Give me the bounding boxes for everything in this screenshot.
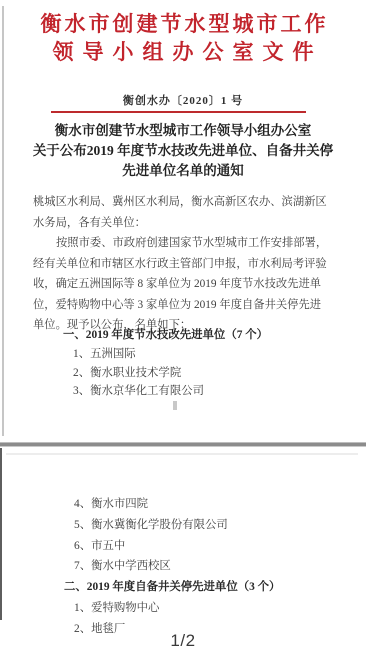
- document-page-2: 4、衡水市四院 5、衡水冀衡化学股份有限公司 6、市五中 7、衡水中学西校区 二…: [0, 448, 366, 624]
- list-item: 7、衡水中学西校区: [64, 556, 354, 577]
- page-indicator: 1/2: [0, 631, 366, 651]
- list-item: 6、市五中: [64, 536, 354, 557]
- list-item: 4、衡水市四院: [64, 494, 354, 515]
- red-header-line-1: 衡水市创建节水型城市工作: [0, 8, 366, 38]
- document-viewer: 衡水市创建节水型城市工作 领导小组办公室文件 衡创水办〔2020〕1 号 衡水市…: [0, 0, 366, 655]
- body-line: 水务局，各有关单位：: [33, 213, 340, 234]
- document-title: 衡水市创建节水型城市工作领导小组办公室 关于公布2019 年度节水技改先进单位、…: [0, 121, 366, 181]
- list-item: 5、衡水冀衡化学股份有限公司: [64, 515, 354, 536]
- page-gap-separator: [0, 442, 366, 447]
- body-line: 收，确定五洲国际等 8 家单位为 2019 年度节水技改先进单: [33, 274, 340, 295]
- red-header-line-2: 领导小组办公室文件: [0, 36, 366, 66]
- title-line-1: 衡水市创建节水型城市工作领导小组办公室: [0, 121, 366, 141]
- page-2-left-edge: [0, 448, 2, 620]
- body-line: 桃城区水利局、冀州区水利局，衡水高新区农办、滨湖新区: [33, 192, 340, 213]
- section-1-heading: 一、2019 年度节水技改先进单位（7 个）: [63, 326, 353, 345]
- list-item: 2、衡水职业技术学院: [63, 364, 353, 383]
- document-page-1: 衡水市创建节水型城市工作 领导小组办公室文件 衡创水办〔2020〕1 号 衡水市…: [0, 0, 366, 442]
- document-number: 衡创水办〔2020〕1 号: [0, 92, 366, 108]
- page-2-content: 4、衡水市四院 5、衡水冀衡化学股份有限公司 6、市五中 7、衡水中学西校区 二…: [64, 494, 354, 640]
- title-line-2: 关于公布2019 年度节水技改先进单位、自备井关停: [0, 141, 366, 161]
- title-line-3: 先进单位名单的通知: [0, 161, 366, 181]
- section-2-heading: 二、2019 年度自备井关停先进单位（3 个）: [64, 577, 354, 598]
- page-1-footer-mark: [173, 401, 177, 410]
- body-text: 桃城区水利局、冀州区水利局，衡水高新区农办、滨湖新区 水务局，各有关单位： 按照…: [33, 192, 340, 336]
- page-2-top-shadow: [6, 453, 358, 455]
- page-1-left-edge: [2, 6, 4, 436]
- list-item: 1、五洲国际: [63, 345, 353, 364]
- list-item: 1、爱特购物中心: [64, 598, 354, 619]
- body-line: 位，爱特购物中心等 3 家单位为 2019 年度自备井关停先进: [33, 295, 340, 316]
- red-divider-rule: [51, 111, 306, 113]
- list-item: 3、衡水京华化工有限公司: [63, 382, 353, 401]
- section-1: 一、2019 年度节水技改先进单位（7 个） 1、五洲国际 2、衡水职业技术学院…: [63, 326, 353, 401]
- body-line: 经有关单位和市辖区水行政主管部门申报，市水利局考评验: [33, 254, 340, 275]
- body-line: 按照市委、市政府创建国家节水型城市工作安排部署，: [33, 233, 340, 254]
